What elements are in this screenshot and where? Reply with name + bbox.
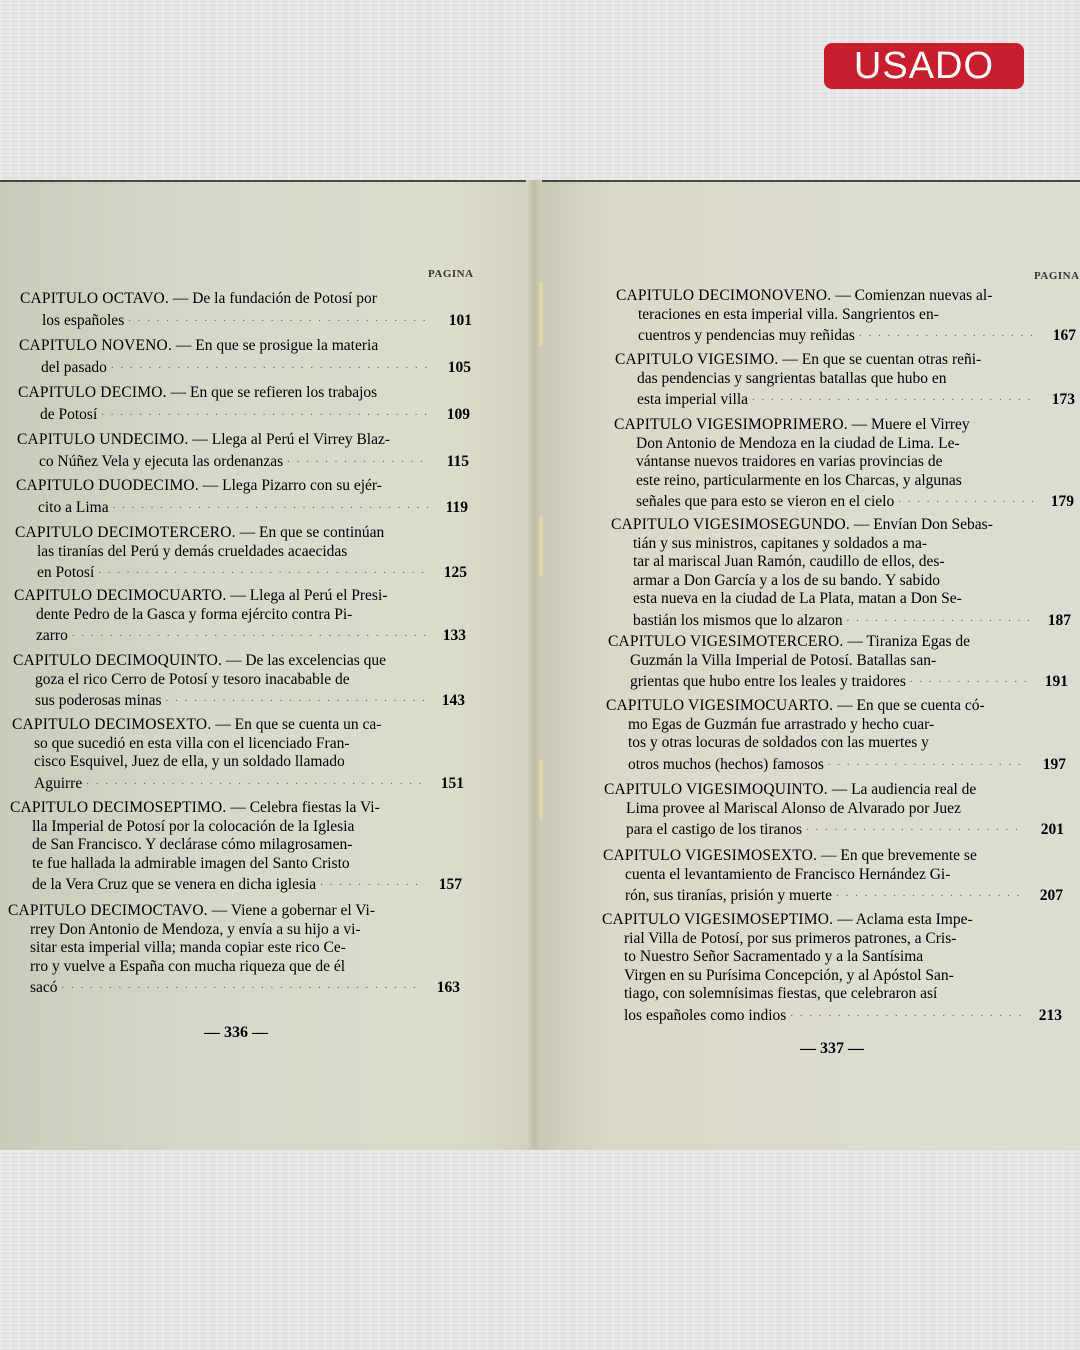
page-reference: 207: [1027, 887, 1063, 906]
chapter-title: CAPITULO DECIMOCUARTO.: [14, 587, 226, 604]
toc-entry: CAPITULO DECIMONOVENO. — Comienzan nueva…: [616, 287, 1076, 346]
toc-entry: CAPITULO DECIMOQUINTO. — De las excelenc…: [13, 652, 465, 711]
chapter-summary-line: tos y otras locuras de soldados con las …: [606, 734, 1066, 753]
page-reference: 173: [1039, 391, 1075, 410]
chapter-title: CAPITULO VIGESIMOQUINTO.: [604, 781, 828, 798]
dot-leader: . . . . . . . . . . . . . . . . . . . . …: [72, 624, 426, 643]
page-reference: 143: [429, 692, 465, 711]
chapter-summary-line: teraciones en esta imperial villa. Sangr…: [616, 306, 1076, 325]
chapter-summary-line: de la Vera Cruz que se venera en dicha i…: [32, 876, 316, 895]
page-reference: 151: [428, 775, 464, 794]
chapter-summary-line: Guzmán la Villa Imperial de Potosí. Bata…: [608, 652, 1068, 671]
chapter-summary-line: — Comienzan nuevas al-: [835, 287, 992, 304]
toc-entry: CAPITULO VIGESIMOQUINTO. — La audiencia …: [604, 781, 1064, 840]
page-reference: 179: [1038, 493, 1074, 512]
chapter-summary-line: sitar esta imperial villa; manda copiar …: [8, 939, 460, 958]
chapter-summary-line: los españoles como indios: [624, 1007, 786, 1026]
chapter-summary-line: rro y vuelve a España con mucha riqueza …: [8, 958, 460, 977]
dot-leader: . . . . . . . . . . . . . . . . . . . . …: [111, 356, 431, 375]
dot-leader: . . . . . . . . . . . . . . . . . . . . …: [101, 403, 430, 422]
chapter-summary-line: este reino, particularmente en los Charc…: [614, 472, 1074, 491]
dot-leader: . . . . . . . . . . . . . . . . . . . . …: [98, 561, 427, 580]
toc-entry: CAPITULO DECIMOTERCERO. — En que se cont…: [15, 524, 467, 583]
page-reference: 133: [430, 627, 466, 646]
page-reference: 109: [434, 406, 470, 425]
toc-entry: CAPITULO VIGESIMOSEGUNDO. — Envían Don S…: [611, 516, 1071, 630]
page-reference: 167: [1040, 327, 1076, 346]
chapter-summary-line: das pendencias y sangrientas batallas qu…: [615, 370, 1075, 389]
chapter-summary-line: cuentros y pendencias muy reñidas: [638, 327, 855, 346]
dot-leader: . . . . . . . . . . . . . . . . . . . . …: [62, 976, 420, 995]
chapter-summary-line: armar a Don García y a los de su bando. …: [611, 572, 1071, 591]
chapter-summary-line: esta imperial villa: [637, 391, 748, 410]
page-reference: 213: [1026, 1007, 1062, 1026]
toc-entry: CAPITULO DECIMOSEXTO. — En que se cuenta…: [12, 716, 464, 793]
chapter-summary-line: — Envían Don Sebas-: [854, 516, 993, 533]
chapter-summary-line: so que sucedió en esta villa con el lice…: [12, 735, 464, 754]
chapter-summary-line: otros muchos (hechos) famosos: [628, 756, 824, 775]
toc-entry: CAPITULO NOVENO. — En que se prosigue la…: [19, 337, 471, 377]
page-reference: 187: [1035, 612, 1071, 631]
chapter-summary-line: rón, sus tiranías, prisión y muerte: [625, 887, 832, 906]
chapter-summary-line: sacó: [30, 979, 58, 998]
used-condition-badge: USADO: [824, 43, 1024, 89]
toc-entry: CAPITULO VIGESIMOSEPTIMO. — Aclama esta …: [602, 911, 1062, 1025]
dot-leader: . . . . . . . . . . . . . . . . . . . . …: [113, 496, 428, 515]
chapter-summary-line: vántanse nuevos traidores en varias prov…: [614, 453, 1074, 472]
chapter-summary-line: — En que se cuenta có-: [837, 697, 985, 714]
chapter-summary-line: — Tiraniza Egas de: [847, 633, 970, 650]
toc-entry: CAPITULO DECIMO. — En que se refieren lo…: [18, 384, 470, 424]
toc-entry: CAPITULO UNDECIMO. — Llega al Perú el Vi…: [17, 431, 469, 471]
page-reference: 101: [436, 312, 472, 331]
toc-entry: CAPITULO VIGESIMOCUARTO. — En que se cue…: [606, 697, 1066, 774]
toc-entry: CAPITULO VIGESIMOPRIMERO. — Muere el Vir…: [614, 416, 1074, 512]
chapter-summary-line: — Llega Pizarro con su ejér-: [203, 477, 382, 494]
chapter-summary-line: grientas que hubo entre los leales y tra…: [630, 673, 906, 692]
chapter-title: CAPITULO VIGESIMOCUARTO.: [606, 697, 833, 714]
chapter-summary-line: — En que se prosigue la materia: [176, 337, 378, 354]
chapter-title: CAPITULO VIGESIMO.: [615, 351, 778, 368]
chapter-summary-line: Don Antonio de Mendoza en la ciudad de L…: [614, 435, 1074, 454]
chapter-title: CAPITULO NOVENO.: [19, 337, 172, 354]
chapter-summary-line: — En que brevemente se: [821, 847, 977, 864]
page-reference: 119: [432, 499, 468, 518]
dot-leader: . . . . . . . . . . . . . . . . . . . . …: [320, 873, 422, 892]
chapter-summary-line: sus poderosas minas: [35, 692, 162, 711]
chapter-summary-line: de Potosí: [40, 406, 97, 425]
chapter-title: CAPITULO VIGESIMOSEGUNDO.: [611, 516, 850, 533]
chapter-summary-line: — En que se refieren los trabajos: [171, 384, 378, 401]
chapter-summary-line: los españoles: [42, 312, 124, 331]
chapter-summary-line: esta nueva en la ciudad de La Plata, mat…: [611, 590, 1071, 609]
left-page-column-header: PAGINA: [428, 268, 474, 280]
chapter-title: CAPITULO OCTAVO.: [20, 290, 169, 307]
toc-entry: CAPITULO VIGESIMOSEXTO. — En que breveme…: [603, 847, 1063, 906]
dot-leader: . . . . . . . . . . . . . . . . . . . . …: [752, 388, 1035, 407]
chapter-title: CAPITULO VIGESIMOTERCERO.: [608, 633, 844, 650]
chapter-title: CAPITULO VIGESIMOSEXTO.: [603, 847, 817, 864]
chapter-summary-line: — En que se cuenta un ca-: [215, 716, 381, 733]
binding-stitch: [539, 516, 543, 576]
chapter-title: CAPITULO DUODECIMO.: [16, 477, 199, 494]
chapter-summary-line: te fue hallada la admirable imagen del S…: [10, 855, 462, 874]
chapter-title: CAPITULO UNDECIMO.: [17, 431, 189, 448]
chapter-summary-line: Virgen en su Purísima Concepción, y al A…: [602, 967, 1062, 986]
chapter-summary-line: tián y sus ministros, capitanes y soldad…: [611, 535, 1071, 554]
chapter-title: CAPITULO DECIMO.: [18, 384, 167, 401]
chapter-summary-line: lla Imperial de Potosí por la colocación…: [10, 818, 462, 837]
page-reference: 115: [433, 453, 469, 472]
chapter-summary-line: rrey Don Antonio de Mendoza, y envía a s…: [8, 921, 460, 940]
chapter-summary-line: mo Egas de Guzmán fue arrastrado y hecho…: [606, 716, 1066, 735]
chapter-summary-line: — En que se continúan: [240, 524, 385, 541]
binding-stitch: [539, 282, 543, 346]
chapter-summary-line: en Potosí: [37, 564, 94, 583]
chapter-summary-line: co Núñez Vela y ejecuta las ordenanzas: [39, 453, 283, 472]
chapter-summary-line: Aguirre: [34, 775, 82, 794]
dot-leader: . . . . . . . . . . . . . . . . . . . . …: [806, 818, 1024, 837]
chapter-summary-line: — De las excelencias que: [226, 652, 386, 669]
page-reference: 197: [1030, 756, 1066, 775]
chapter-summary-line: Lima provee al Mariscal Alonso de Alvara…: [604, 800, 1064, 819]
chapter-summary-line: señales que para esto se vieron en el ci…: [636, 493, 894, 512]
right-page-column-header: PAGINA: [1034, 270, 1080, 282]
dot-leader: . . . . . . . . . . . . . . . . . . . . …: [287, 450, 429, 469]
dot-leader: . . . . . . . . . . . . . . . . . . . . …: [128, 309, 432, 328]
left-page-number: — 336 —: [204, 1024, 268, 1042]
dot-leader: . . . . . . . . . . . . . . . . . . . . …: [166, 689, 425, 708]
dot-leader: . . . . . . . . . . . . . . . . . . . . …: [828, 753, 1026, 772]
toc-entry: CAPITULO DUODECIMO. — Llega Pizarro con …: [16, 477, 468, 517]
chapter-summary-line: goza el rico Cerro de Potosí y tesoro in…: [13, 671, 465, 690]
chapter-title: CAPITULO DECIMOSEXTO.: [12, 716, 211, 733]
chapter-summary-line: tar al mariscal Juan Ramón, caudillo de …: [611, 553, 1071, 572]
page-reference: 105: [435, 359, 471, 378]
chapter-summary-line: bastián los mismos que lo alzaron: [633, 612, 843, 631]
dot-leader: . . . . . . . . . . . . . . . . . . . . …: [859, 324, 1036, 343]
chapter-summary-line: — Celebra fiestas la Vi-: [230, 799, 379, 816]
chapter-summary-line: — Llega al Perú el Presi-: [230, 587, 387, 604]
chapter-title: CAPITULO DECIMONOVENO.: [616, 287, 831, 304]
chapter-summary-line: cisco Esquivel, Juez de ella, y un solda…: [12, 753, 464, 772]
toc-entry: CAPITULO DECIMOCTAVO. — Viene a gobernar…: [8, 902, 460, 998]
page-reference: 201: [1028, 821, 1064, 840]
page-reference: 157: [426, 876, 462, 895]
chapter-title: CAPITULO DECIMOQUINTO.: [13, 652, 222, 669]
dot-leader: . . . . . . . . . . . . . . . . . . . . …: [86, 772, 424, 791]
dot-leader: . . . . . . . . . . . . . . . . . . . . …: [847, 609, 1031, 628]
toc-entry: CAPITULO VIGESIMO. — En que se cuentan o…: [615, 351, 1075, 410]
chapter-summary-line: dente Pedro de la Gasca y forma ejército…: [14, 606, 466, 625]
chapter-summary-line: cito a Lima: [38, 499, 109, 518]
chapter-summary-line: — De la fundación de Potosí por: [173, 290, 377, 307]
chapter-summary-line: para el castigo de los tiranos: [626, 821, 802, 840]
chapter-title: CAPITULO VIGESIMOSEPTIMO.: [602, 911, 833, 928]
chapter-summary-line: — Muere el Virrey: [852, 416, 970, 433]
dot-leader: . . . . . . . . . . . . . . . . . . . . …: [898, 490, 1034, 509]
dot-leader: . . . . . . . . . . . . . . . . . . . . …: [790, 1004, 1022, 1023]
chapter-summary-line: — Llega al Perú el Virrey Blaz-: [192, 431, 390, 448]
dot-leader: . . . . . . . . . . . . . . . . . . . . …: [836, 884, 1023, 903]
chapter-summary-line: to Nuestro Señor Sacramentado y a la San…: [602, 948, 1062, 967]
page-reference: 125: [431, 564, 467, 583]
chapter-summary-line: — Aclama esta Impe-: [837, 911, 973, 928]
chapter-summary-line: las tiranías del Perú y demás crueldades…: [15, 543, 467, 562]
chapter-title: CAPITULO DECIMOTERCERO.: [15, 524, 236, 541]
chapter-summary-line: tiago, con solemnísimas fiestas, que cel…: [602, 985, 1062, 1004]
chapter-summary-line: de San Francisco. Y declárase cómo milag…: [10, 836, 462, 855]
toc-entry: CAPITULO VIGESIMOTERCERO. — Tiraniza Ega…: [608, 633, 1068, 692]
page-reference: 191: [1032, 673, 1068, 692]
chapter-summary-line: rial Villa de Potosí, por sus primeros p…: [602, 930, 1062, 949]
chapter-summary-line: del pasado: [41, 359, 107, 378]
binding-stitch: [539, 760, 543, 820]
dot-leader: . . . . . . . . . . . . . . . . . . . . …: [910, 670, 1028, 689]
right-page-number: — 337 —: [800, 1040, 864, 1058]
chapter-title: CAPITULO DECIMOCTAVO.: [8, 902, 208, 919]
chapter-title: CAPITULO DECIMOSEPTIMO.: [10, 799, 226, 816]
toc-entry: CAPITULO DECIMOCUARTO. — Llega al Perú e…: [14, 587, 466, 646]
toc-entry: CAPITULO DECIMOSEPTIMO. — Celebra fiesta…: [10, 799, 462, 895]
chapter-title: CAPITULO VIGESIMOPRIMERO.: [614, 416, 848, 433]
chapter-summary-line: — La audiencia real de: [832, 781, 977, 798]
page-reference: 163: [424, 979, 460, 998]
chapter-summary-line: — Viene a gobernar el Vi-: [212, 902, 375, 919]
toc-entry: CAPITULO OCTAVO. — De la fundación de Po…: [20, 290, 472, 330]
chapter-summary-line: — En que se cuentan otras reñi-: [782, 351, 981, 368]
chapter-summary-line: cuenta el levantamiento de Francisco Her…: [603, 866, 1063, 885]
chapter-summary-line: zarro: [36, 627, 68, 646]
